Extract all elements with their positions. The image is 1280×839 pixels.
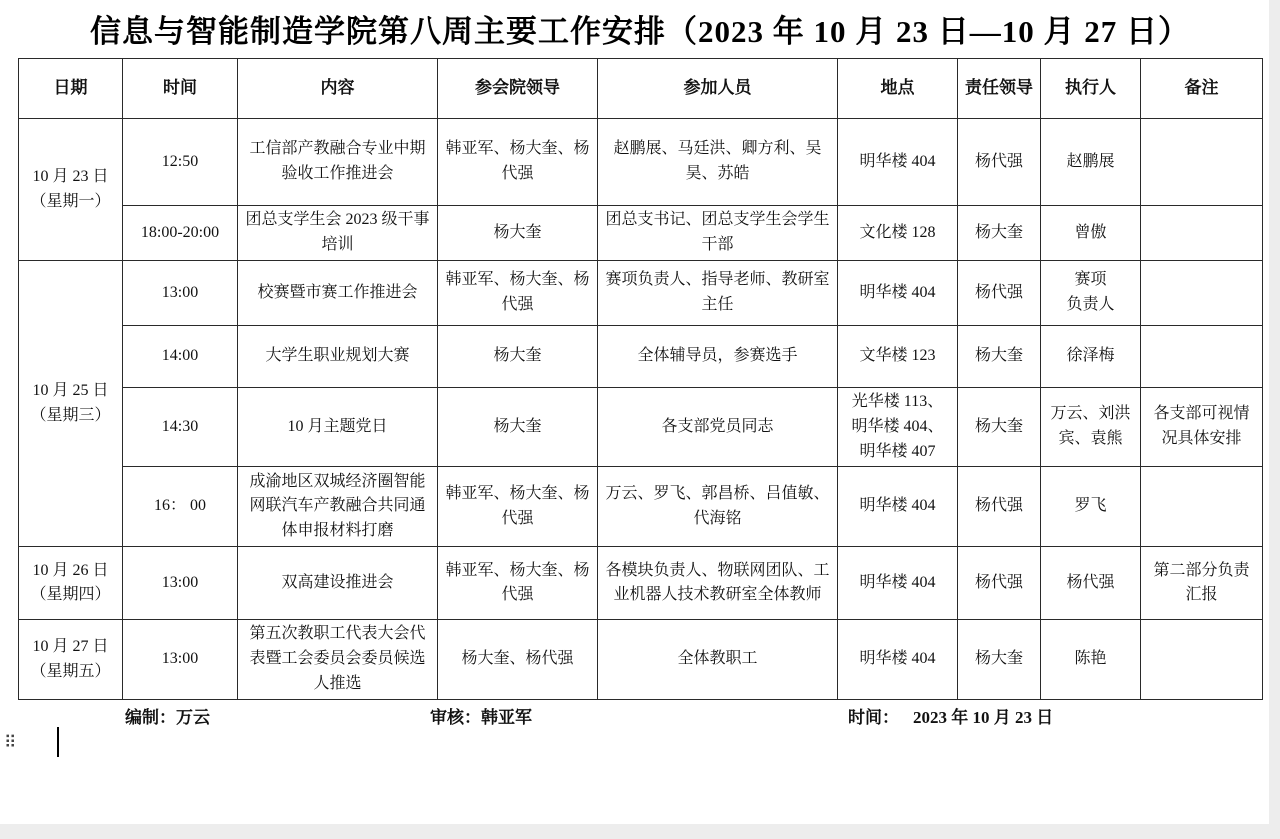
time-cell[interactable]: 12:50 <box>123 119 238 206</box>
col-header-content: 内容 <box>238 59 438 119</box>
time-cell[interactable]: 13:00 <box>123 547 238 620</box>
participants-cell[interactable]: 万云、罗飞、郭昌桥、吕值敏、代海铭 <box>598 467 838 547</box>
notes-cell[interactable] <box>1141 326 1263 388</box>
col-header-date: 日期 <box>19 59 123 119</box>
leaders-cell[interactable]: 杨大奎 <box>438 388 598 467</box>
participants-cell[interactable]: 全体辅导员，参赛选手 <box>598 326 838 388</box>
time-value: 2023 年 10 月 23 日 <box>913 708 1053 727</box>
schedule-table: 日期 时间 内容 参会院领导 参加人员 地点 责任领导 执行人 备注 10 月 … <box>18 58 1263 700</box>
col-header-responsible: 责任领导 <box>958 59 1041 119</box>
notes-cell[interactable] <box>1141 467 1263 547</box>
date-text: 10 月 23 日 <box>25 165 116 190</box>
notes-cell[interactable] <box>1141 261 1263 326</box>
participants-cell[interactable]: 全体教职工 <box>598 620 838 699</box>
content-cell[interactable]: 工信部产教融合专业中期验收工作推进会 <box>238 119 438 206</box>
location-cell[interactable]: 明华楼 404 <box>838 467 958 547</box>
table-row: 10 月 23 日（星期一） 12:50 工信部产教融合专业中期验收工作推进会 … <box>19 119 1263 206</box>
responsible-cell[interactable]: 杨大奎 <box>958 620 1041 699</box>
executor-cell[interactable]: 罗飞 <box>1041 467 1141 547</box>
table-row: 16： 00 成渝地区双城经济圈智能网联汽车产教融合共同通体申报材料打磨 韩亚军… <box>19 467 1263 547</box>
document-date: 时间：2023 年 10 月 23 日 <box>848 703 1053 728</box>
location-cell[interactable]: 光华楼 113、 明华楼 404、 明华楼 407 <box>838 388 958 467</box>
weekday-text: （星期三） <box>25 404 116 429</box>
executor-cell[interactable]: 赵鹏展 <box>1041 119 1141 206</box>
time-cell[interactable]: 13:00 <box>123 620 238 699</box>
executor-cell[interactable]: 赛项 负责人 <box>1041 261 1141 326</box>
date-text: 10 月 25 日 <box>25 379 116 404</box>
prepared-by: 编制：万云 <box>125 703 210 728</box>
leaders-cell[interactable]: 韩亚军、杨大奎、杨代强 <box>438 467 598 547</box>
text-cursor <box>57 727 59 757</box>
time-label: 时间： <box>848 708 899 727</box>
table-row: 10 月 27 日（星期五） 13:00 第五次教职工代表大会代表暨工会委员会委… <box>19 620 1263 699</box>
date-text: 10 月 27 日 <box>25 635 116 660</box>
responsible-cell[interactable]: 杨代强 <box>958 467 1041 547</box>
date-cell[interactable]: 10 月 25 日（星期三） <box>19 261 123 547</box>
responsible-cell[interactable]: 杨大奎 <box>958 388 1041 467</box>
time-cell[interactable]: 13:00 <box>123 261 238 326</box>
leaders-cell[interactable]: 杨大奎 <box>438 326 598 388</box>
page-bottom-edge <box>0 824 1280 839</box>
drag-handle-icon[interactable]: ⠿ <box>4 731 16 755</box>
executor-cell[interactable]: 徐泽梅 <box>1041 326 1141 388</box>
col-header-participants: 参加人员 <box>598 59 838 119</box>
time-cell[interactable]: 14:00 <box>123 326 238 388</box>
executor-cell[interactable]: 万云、刘洪宾、袁熊 <box>1041 388 1141 467</box>
location-cell[interactable]: 文化楼 128 <box>838 206 958 261</box>
notes-cell[interactable] <box>1141 119 1263 206</box>
weekday-text: （星期四） <box>25 583 116 608</box>
location-cell[interactable]: 明华楼 404 <box>838 261 958 326</box>
notes-cell[interactable]: 各支部可视情况具体安排 <box>1141 388 1263 467</box>
location-cell[interactable]: 明华楼 404 <box>838 620 958 699</box>
time-cell[interactable]: 18:00-20:00 <box>123 206 238 261</box>
col-header-time: 时间 <box>123 59 238 119</box>
content-cell[interactable]: 团总支学生会 2023 级干事培训 <box>238 206 438 261</box>
responsible-cell[interactable]: 杨大奎 <box>958 326 1041 388</box>
date-cell[interactable]: 10 月 23 日（星期一） <box>19 119 123 261</box>
notes-cell[interactable] <box>1141 620 1263 699</box>
table-row: 18:00-20:00 团总支学生会 2023 级干事培训 杨大奎 团总支书记、… <box>19 206 1263 261</box>
content-cell[interactable]: 10 月主题党日 <box>238 388 438 467</box>
participants-cell[interactable]: 各模块负责人、物联网团队、工业机器人技术教研室全体教师 <box>598 547 838 620</box>
content-cell[interactable]: 第五次教职工代表大会代表暨工会委员会委员候选人推选 <box>238 620 438 699</box>
date-cell[interactable]: 10 月 27 日（星期五） <box>19 620 123 699</box>
reviewed-by: 审核：韩亚军 <box>430 703 532 728</box>
leaders-cell[interactable]: 杨大奎、杨代强 <box>438 620 598 699</box>
responsible-cell[interactable]: 杨代强 <box>958 547 1041 620</box>
notes-cell[interactable]: 第二部分负责汇报 <box>1141 547 1263 620</box>
col-header-leaders: 参会院领导 <box>438 59 598 119</box>
table-row: 14:00 大学生职业规划大赛 杨大奎 全体辅导员，参赛选手 文华楼 123 杨… <box>19 326 1263 388</box>
leaders-cell[interactable]: 韩亚军、杨大奎、杨代强 <box>438 547 598 620</box>
location-cell[interactable]: 文华楼 123 <box>838 326 958 388</box>
leaders-cell[interactable]: 杨大奎 <box>438 206 598 261</box>
page-title: 信息与智能制造学院第八周主要工作安排（2023 年 10 月 23 日—10 月… <box>0 6 1280 51</box>
weekday-text: （星期五） <box>25 660 116 685</box>
leaders-cell[interactable]: 韩亚军、杨大奎、杨代强 <box>438 119 598 206</box>
responsible-cell[interactable]: 杨代强 <box>958 119 1041 206</box>
location-cell[interactable]: 明华楼 404 <box>838 119 958 206</box>
reviewed-value: 韩亚军 <box>481 708 532 727</box>
time-cell[interactable]: 16： 00 <box>123 467 238 547</box>
notes-cell[interactable] <box>1141 206 1263 261</box>
page-right-edge <box>1269 0 1280 839</box>
header-row: 日期 时间 内容 参会院领导 参加人员 地点 责任领导 执行人 备注 <box>19 59 1263 119</box>
participants-cell[interactable]: 赛项负责人、指导老师、教研室主任 <box>598 261 838 326</box>
weekday-text: （星期一） <box>25 190 116 215</box>
reviewed-label: 审核： <box>430 708 481 727</box>
date-cell[interactable]: 10 月 26 日（星期四） <box>19 547 123 620</box>
content-cell[interactable]: 校赛暨市赛工作推进会 <box>238 261 438 326</box>
responsible-cell[interactable]: 杨代强 <box>958 261 1041 326</box>
location-cell[interactable]: 明华楼 404 <box>838 547 958 620</box>
executor-cell[interactable]: 陈艳 <box>1041 620 1141 699</box>
executor-cell[interactable]: 曾傲 <box>1041 206 1141 261</box>
participants-cell[interactable]: 各支部党员同志 <box>598 388 838 467</box>
responsible-cell[interactable]: 杨大奎 <box>958 206 1041 261</box>
col-header-executor: 执行人 <box>1041 59 1141 119</box>
content-cell[interactable]: 双高建设推进会 <box>238 547 438 620</box>
col-header-location: 地点 <box>838 59 958 119</box>
content-cell[interactable]: 大学生职业规划大赛 <box>238 326 438 388</box>
participants-cell[interactable]: 团总支书记、团总支学生会学生干部 <box>598 206 838 261</box>
table-row: 10 月 26 日（星期四） 13:00 双高建设推进会 韩亚军、杨大奎、杨代强… <box>19 547 1263 620</box>
document-footer: 编制：万云 审核：韩亚军 时间：2023 年 10 月 23 日 <box>0 703 1280 727</box>
executor-cell[interactable]: 杨代强 <box>1041 547 1141 620</box>
col-header-notes: 备注 <box>1141 59 1263 119</box>
table-row: 14:30 10 月主题党日 杨大奎 各支部党员同志 光华楼 113、 明华楼 … <box>19 388 1263 467</box>
participants-cell[interactable]: 赵鹏展、马廷洪、卿方利、吴昊、苏皓 <box>598 119 838 206</box>
date-text: 10 月 26 日 <box>25 559 116 584</box>
prepared-value: 万云 <box>176 708 210 727</box>
time-cell[interactable]: 14:30 <box>123 388 238 467</box>
content-cell[interactable]: 成渝地区双城经济圈智能网联汽车产教融合共同通体申报材料打磨 <box>238 467 438 547</box>
leaders-cell[interactable]: 韩亚军、杨大奎、杨代强 <box>438 261 598 326</box>
prepared-label: 编制： <box>125 708 176 727</box>
table-row: 10 月 25 日（星期三） 13:00 校赛暨市赛工作推进会 韩亚军、杨大奎、… <box>19 261 1263 326</box>
